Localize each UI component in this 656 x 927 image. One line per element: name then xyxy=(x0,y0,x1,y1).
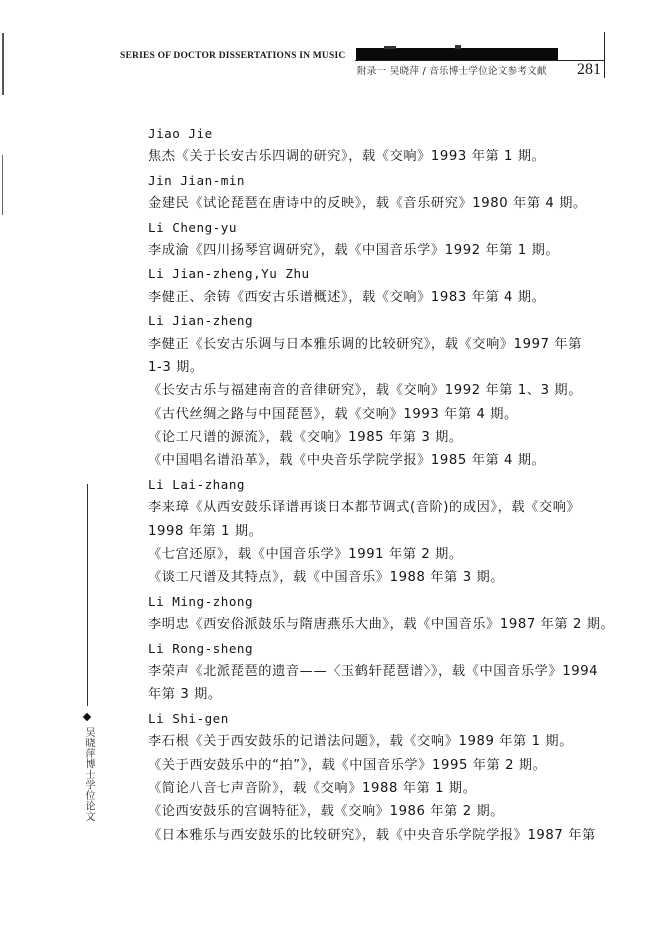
series-title: SERIES OF DOCTOR DISSERTATIONS IN MUSIC xyxy=(120,51,345,61)
left-margin-bar-lower xyxy=(2,155,3,215)
reference-entry: 《日本雅乐与西安鼓乐的比较研究》，载《中央音乐学院学报》1987 年第 xyxy=(148,824,618,847)
author-romanized: Li Lai-zhang xyxy=(148,473,618,496)
reference-entry: 焦杰《关于长安古乐四调的研究》，载《交响》1993 年第 1 期。 xyxy=(148,145,618,168)
right-header-line xyxy=(604,32,605,78)
header-black-bar xyxy=(356,48,558,60)
reference-entry: 《关于西安鼓乐中的“拍”》，载《中国音乐学》1995 年第 2 期。 xyxy=(148,754,618,777)
author-romanized: Li Ming-zhong xyxy=(148,590,618,613)
reference-entry: 《简论八音七声音阶》，载《交响》1988 年第 1 期。 xyxy=(148,777,618,800)
reference-entry: 1-3 期。 xyxy=(148,356,618,379)
reference-entry: 李明忠《西安俗派鼓乐与隋唐燕乐大曲》，载《中国音乐》1987 年第 2 期。 xyxy=(148,613,618,636)
reference-entry: 《七宫还原》，载《中国音乐学》1991 年第 2 期。 xyxy=(148,543,618,566)
author-romanized: Li Rong-sheng xyxy=(148,637,618,660)
header-rule xyxy=(355,60,605,61)
reference-entry: 李健正、余铸《西安古乐谱概述》，载《交响》1983 年第 4 期。 xyxy=(148,286,618,309)
reference-entry: 李来璋《从西安鼓乐译谱再谈日本都节调式(音阶)的成因》，载《交响》 xyxy=(148,496,618,519)
side-margin-line xyxy=(87,484,88,706)
diamond-bullet-icon xyxy=(83,713,91,721)
bibliography-list: Jiao Jie 焦杰《关于长安古乐四调的研究》，载《交响》1993 年第 1 … xyxy=(148,122,618,847)
header-bar-mark xyxy=(384,46,396,49)
reference-entry: 《长安古乐与福建南音的音律研究》，载《交响》1992 年第 1、3 期。 xyxy=(148,379,618,402)
author-romanized: Li Jian-zheng,Yu Zhu xyxy=(148,262,618,285)
reference-entry: 《论工尺谱的源流》，载《交响》1985 年第 3 期。 xyxy=(148,426,618,449)
reference-entry: 李健正《长安古乐调与日本雅乐调的比较研究》，载《交响》1997 年第 xyxy=(148,333,618,356)
author-romanized: Li Cheng-yu xyxy=(148,216,618,239)
author-romanized: Li Shi-gen xyxy=(148,707,618,730)
reference-entry: 李成渝《四川扬琴宫调研究》，载《中国音乐学》1992 年第 1 期。 xyxy=(148,239,618,262)
author-romanized: Li Jian-zheng xyxy=(148,309,618,332)
reference-entry: 《论西安鼓乐的宫调特征》，载《交响》1986 年第 2 期。 xyxy=(148,800,618,823)
reference-entry: 1998 年第 1 期。 xyxy=(148,520,618,543)
reference-entry: 《谈工尺谱及其特点》，载《中国音乐》1988 年第 3 期。 xyxy=(148,566,618,589)
left-margin-bar xyxy=(2,33,4,95)
reference-entry: 金建民《试论琵琶在唐诗中的反映》，载《音乐研究》1980 年第 4 期。 xyxy=(148,192,618,215)
reference-entry: 《古代丝绸之路与中国琵琶》，载《交响》1993 年第 4 期。 xyxy=(148,403,618,426)
reference-entry: 李荣声《北派琵琶的遗音——〈玉鹤轩琵琶谱〉》，载《中国音乐学》1994 xyxy=(148,660,618,683)
side-running-title: 吴晓萍博士学位论文 xyxy=(82,727,94,822)
reference-entry: 李石根《关于西安鼓乐的记谱法问题》，载《交响》1989 年第 1 期。 xyxy=(148,730,618,753)
author-romanized: Jin Jian-min xyxy=(148,169,618,192)
header-bar-mark xyxy=(455,45,461,49)
page-number: 281 xyxy=(577,61,601,79)
author-romanized: Jiao Jie xyxy=(148,122,618,145)
reference-entry: 年第 3 期。 xyxy=(148,683,618,706)
reference-entry: 《中国唱名谱沿革》，载《中央音乐学院学报》1985 年第 4 期。 xyxy=(148,449,618,472)
running-header: 附录一 吴晓萍 / 音乐博士学位论文参考文献 xyxy=(357,63,547,77)
